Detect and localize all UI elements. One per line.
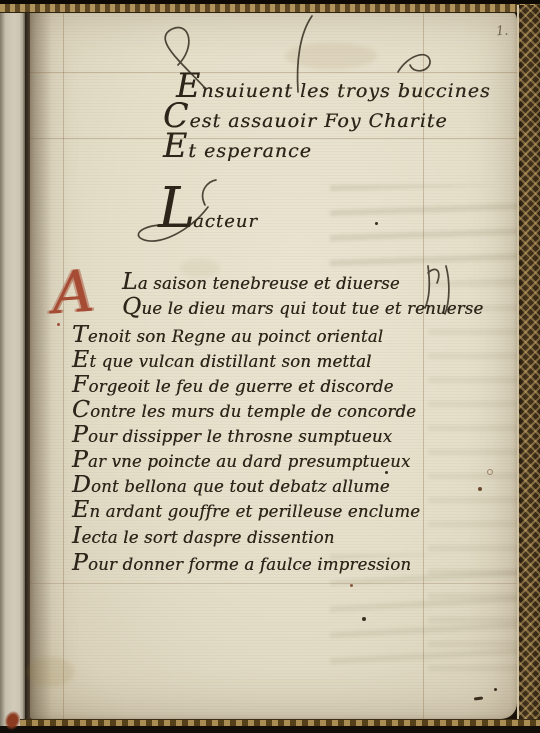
header-line-1: Ensuiuent les troys buccines bbox=[176, 80, 491, 102]
poem-line: Iecta le sort daspre dissention bbox=[72, 528, 335, 547]
gilt-edge-top bbox=[0, 4, 540, 13]
poem-line: Tenoit son Regne au poinct oriental bbox=[72, 327, 383, 346]
show-through bbox=[330, 185, 525, 281]
poem-line: En ardant gouffre et perilleuse enclume bbox=[72, 502, 420, 521]
folio-number: 1. bbox=[495, 24, 508, 40]
poem-line: Que le dieu mars qui tout tue et renuers… bbox=[122, 299, 483, 318]
ruling-line-top bbox=[30, 72, 517, 73]
manuscript-photo: 1. Ensuiuent les troys buccines Cest ass… bbox=[0, 0, 540, 733]
ink-speck bbox=[487, 469, 493, 475]
ink-speck bbox=[385, 471, 388, 474]
poem-line: La saison tenebreuse et diuerse bbox=[122, 274, 400, 293]
poem-line: Contre les murs du temple de concorde bbox=[72, 402, 416, 421]
gutter-shade bbox=[30, 9, 52, 719]
ink-speck bbox=[474, 696, 483, 700]
poem-line: Dont bellona que tout debatz allume bbox=[72, 477, 390, 496]
gilt-edge-right bbox=[517, 5, 540, 733]
header-line-2: Cest assauoir Foy Charite bbox=[163, 110, 448, 132]
stain bbox=[26, 657, 74, 687]
poem-line: Pour donner forme a faulce impression bbox=[72, 555, 411, 574]
poem-line: Par vne poincte au dard presumptueux bbox=[72, 452, 410, 471]
poem-line: Forgeoit le feu de guerre et discorde bbox=[72, 377, 394, 396]
header-line-3: Et esperance bbox=[163, 140, 312, 162]
ink-speck bbox=[478, 487, 482, 491]
ink-speck bbox=[494, 688, 497, 691]
ruling-line-bottom bbox=[30, 583, 517, 584]
ruling-line-left bbox=[63, 9, 64, 719]
decorated-initial-A: A bbox=[50, 262, 96, 323]
stain bbox=[285, 43, 377, 69]
ink-speck bbox=[375, 222, 378, 225]
poem-line: Et que vulcan distillant son mettal bbox=[72, 352, 372, 371]
ink-speck bbox=[350, 584, 353, 587]
poem-line: Pour dissipper le throsne sumptueux bbox=[72, 427, 392, 446]
section-label-lacteur: Lacteur bbox=[158, 209, 258, 232]
binding-edge-bottom bbox=[0, 726, 540, 733]
manuscript-page: 1. Ensuiuent les troys buccines Cest ass… bbox=[30, 9, 517, 719]
ink-speck bbox=[362, 617, 366, 621]
left-page-edge bbox=[0, 6, 25, 733]
ink-speck bbox=[57, 323, 60, 326]
ruling-line-top2 bbox=[30, 138, 517, 139]
